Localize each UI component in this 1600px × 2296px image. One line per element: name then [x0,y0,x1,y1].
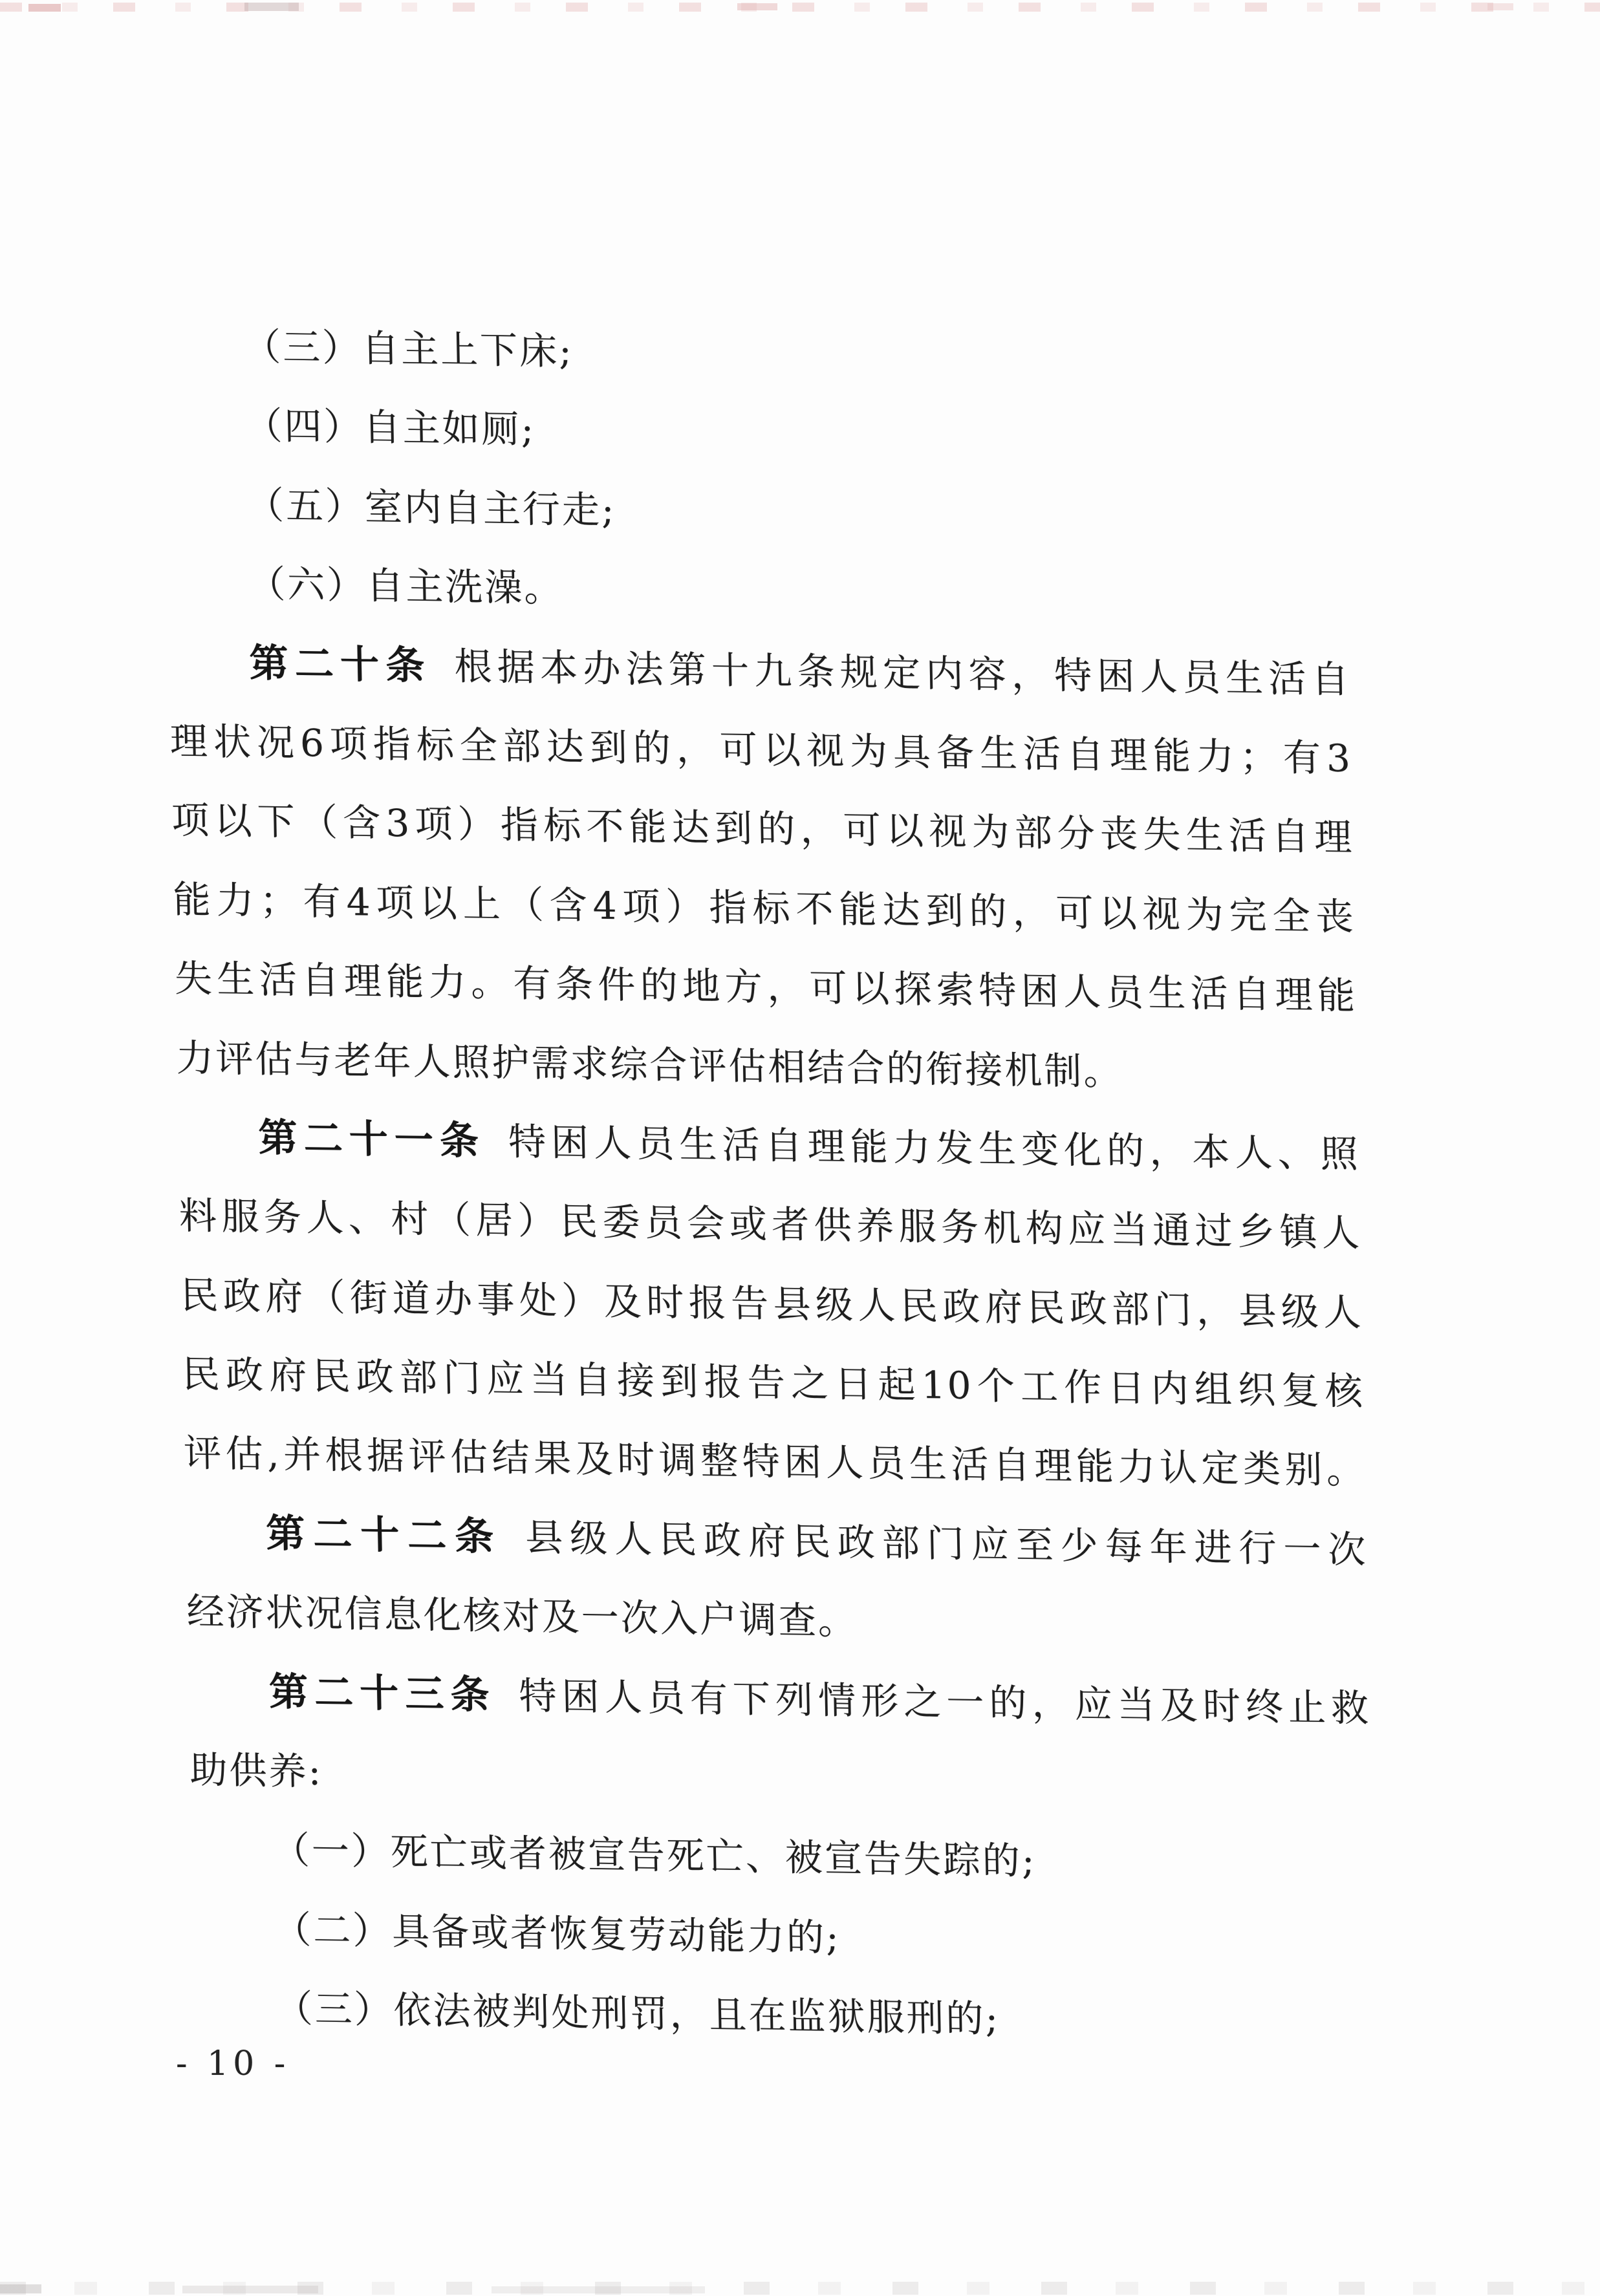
line-text: 理状况6项指标全部达到的，可以视为具备生活自理能力；有3 [169,719,1352,780]
line-text: 助供养: [189,1748,323,1794]
line-text: 料服务人、村（居）民委员会或者供养服务机构应当通过乡镇人 [178,1194,1361,1255]
scan-spot [1487,3,1513,10]
article-heading: 第二十三条 [268,1669,496,1717]
article-heading: 第二十一条 [258,1115,486,1164]
line-text: （五）室内自主行走; [246,483,616,532]
line-text: 特困人员生活自理能力发生变化的，本人、照 [508,1119,1360,1176]
line-text: 能力；有4项以上（含4项）指标不能达到的，可以视为完全丧 [173,877,1356,939]
line-text: 经济状况信息化核对及一次入户调查。 [186,1589,858,1643]
line-text: （三）依法被判处刑罚，且在监狱服刑的; [275,1986,1000,2041]
line-text: 民政府（街道办事处）及时报告县级人民政府民政部门，县级人 [180,1273,1363,1335]
line-text: 评估,并根据评估结果及时调整特困人员生活自理能力认定类别。 [183,1431,1366,1492]
line-text: （四）自主如厕; [244,403,536,452]
line-text: 民政府民政部门应当自接到报告之日起10个工作日内组织复核 [182,1352,1365,1413]
scan-artifact-bottom [0,2282,1600,2295]
line-text: 力评估与老年人照护需求综合评估相结合的衔接机制。 [176,1036,1123,1094]
line-text: 根据本办法第十九条规定内容，特困人员生活自 [454,644,1351,702]
scan-spot [0,2284,41,2293]
scan-spot [244,3,299,11]
text-line: （三）依法被判处刑罚，且在监狱服刑的; [193,1968,1377,2065]
line-text: 失生活自理能力。有条件的地方，可以探索特困人员生活自理能 [174,956,1357,1018]
scan-spot [737,3,777,10]
line-text: （三）自主上下床; [243,325,574,374]
line-text: （二）具备或者恢复劳动能力的; [274,1907,841,1960]
page-number: - 10 - [176,2044,290,2083]
line-text: （六）自主洗澡。 [248,562,564,610]
scan-spot [28,4,61,12]
line-text: 特困人员有下列情形之一的，应当及时终止救 [519,1673,1371,1730]
line-text: （一）死亡或者被宣告死亡、被宣告失踪的; [272,1828,1037,1883]
scan-spot [182,2286,318,2293]
article-heading: 第二十条 [249,640,431,688]
line-text: 县级人民政府民政部门应至少每年进行一次 [525,1516,1368,1572]
scan-artifact-top [0,3,1600,12]
line-text: 项以下（含3项）指标不能达到的，可以视为部分丧失生活自理 [171,798,1354,859]
scan-spot [492,2286,705,2293]
document-text: （三）自主上下床;（四）自主如厕;（五）室内自主行走;（六）自主洗澡。第二十条根… [162,306,1378,2065]
article-heading: 第二十二条 [266,1511,503,1560]
document-page: （三）自主上下床;（四）自主如厕;（五）室内自主行走;（六）自主洗澡。第二十条根… [0,0,1600,2296]
